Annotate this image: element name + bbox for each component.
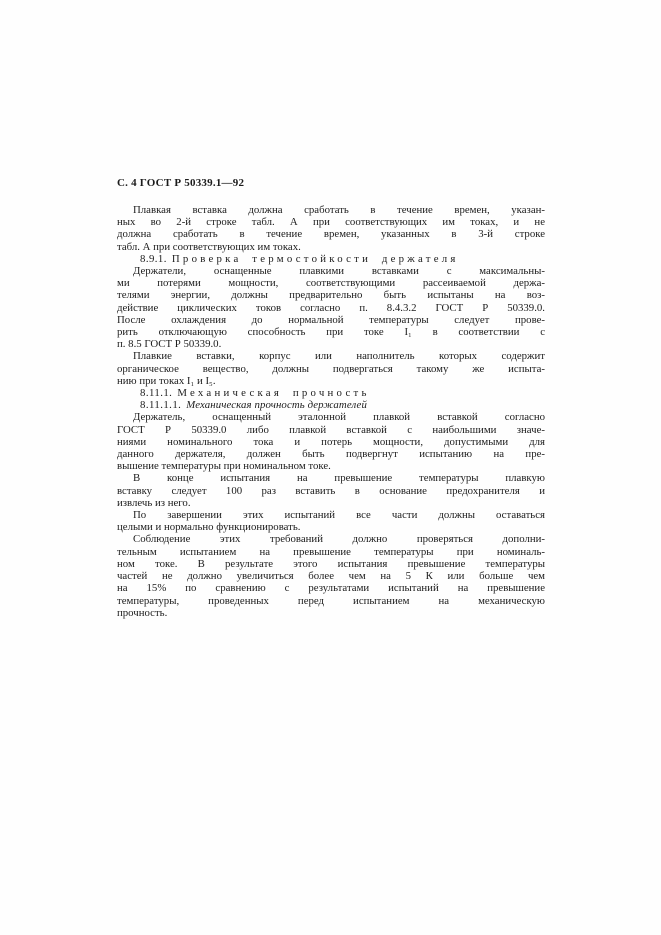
text-line: действие циклических токов согласно п. 8… (117, 302, 545, 314)
text-line: нию при токах I₁ и I₅. (117, 375, 545, 387)
text-block: С. 4 ГОСТ Р 50339.1—92 Плавкая вставка д… (117, 177, 545, 619)
heading-8-11-1: 8.11.1.Механическая прочность (117, 387, 545, 399)
text-line: ных во 2-й строке табл. А при соответств… (117, 216, 545, 228)
text-line: рить отключающую способность при токе I₁… (117, 326, 545, 338)
text-line: ниями номинального тока и потерь мощност… (117, 436, 545, 448)
text-line: ном токе. В результате этого испытания п… (117, 558, 545, 570)
paragraph-temperature-rise-limits: Соблюдение этих требований должно провер… (117, 533, 545, 618)
text-line: Плавкие вставки, корпус или наполнитель … (117, 350, 545, 362)
heading-title: Проверка термостойкости держателя (172, 253, 459, 265)
heading-8-11-1-1: 8.11.1.1.Механическая прочность держател… (117, 399, 545, 411)
text-line: Соблюдение этих требований должно провер… (117, 533, 545, 545)
text-line: органическое вещество, должны подвергать… (117, 363, 545, 375)
text-line: прочность. (117, 607, 545, 619)
paragraph-holder-reference-link: Держатель, оснащенный эталонной плавкой … (117, 411, 545, 472)
text-line: ми потерями мощности, соответствующими р… (117, 277, 545, 289)
scanned-document-page: С. 4 ГОСТ Р 50339.1—92 Плавкая вставка д… (0, 0, 661, 935)
text-line: извлечь из него. (117, 497, 545, 509)
paragraph-insert-100-times: В конце испытания на превышение температ… (117, 472, 545, 509)
text-line: Плавкая вставка должна сработать в течен… (117, 204, 545, 216)
paragraph-fuse-link-operate-time: Плавкая вставка должна сработать в течен… (117, 204, 545, 253)
heading-title: Механическая прочность (177, 387, 369, 399)
heading-number: 8.9.1. (140, 253, 167, 265)
paragraph-holder-heat-test: Держатели, оснащенные плавкими вставками… (117, 265, 545, 350)
paragraph-parts-remain-intact: По завершении этих испытаний все части д… (117, 509, 545, 533)
heading-number: 8.11.1.1. (140, 399, 181, 411)
text-line: температуры, проведенных перед испытание… (117, 595, 545, 607)
heading-8-9-1: 8.9.1.Проверка термостойкости держателя (117, 253, 545, 265)
text-line: Держатели, оснащенные плавкими вставками… (117, 265, 545, 277)
text-line: тельным испытанием на превышение темпера… (117, 546, 545, 558)
text-line: должна сработать в течение времен, указа… (117, 228, 545, 240)
text-line: телями энергии, должны предварительно бы… (117, 289, 545, 301)
text-line: Держатель, оснащенный эталонной плавкой … (117, 411, 545, 423)
text-line: ГОСТ Р 50339.0 либо плавкой вставкой с н… (117, 424, 545, 436)
text-line: целыми и нормально функционировать. (117, 521, 545, 533)
running-header: С. 4 ГОСТ Р 50339.1—92 (117, 177, 545, 189)
text-line: По завершении этих испытаний все части д… (117, 509, 545, 521)
text-line: частей не должно увеличиться более чем н… (117, 570, 545, 582)
text-line: п. 8.5 ГОСТ Р 50339.0. (117, 338, 545, 350)
text-line: вставку следует 100 раз вставить в основ… (117, 485, 545, 497)
text-line: данного держателя, должен быть подвергну… (117, 448, 545, 460)
document-body: Плавкая вставка должна сработать в течен… (117, 204, 545, 619)
paragraph-organic-filler: Плавкие вставки, корпус или наполнитель … (117, 350, 545, 387)
text-line: табл. А при соответствующих им токах. (117, 241, 545, 253)
text-line: на 15% по сравнению с результатами испыт… (117, 582, 545, 594)
text-line: вышение температуры при номинальном токе… (117, 460, 545, 472)
heading-number: 8.11.1. (140, 387, 172, 399)
text-line: В конце испытания на превышение температ… (117, 472, 545, 484)
heading-title: Механическая прочность держателей (186, 399, 367, 411)
text-line: После охлаждения до нормальной температу… (117, 314, 545, 326)
